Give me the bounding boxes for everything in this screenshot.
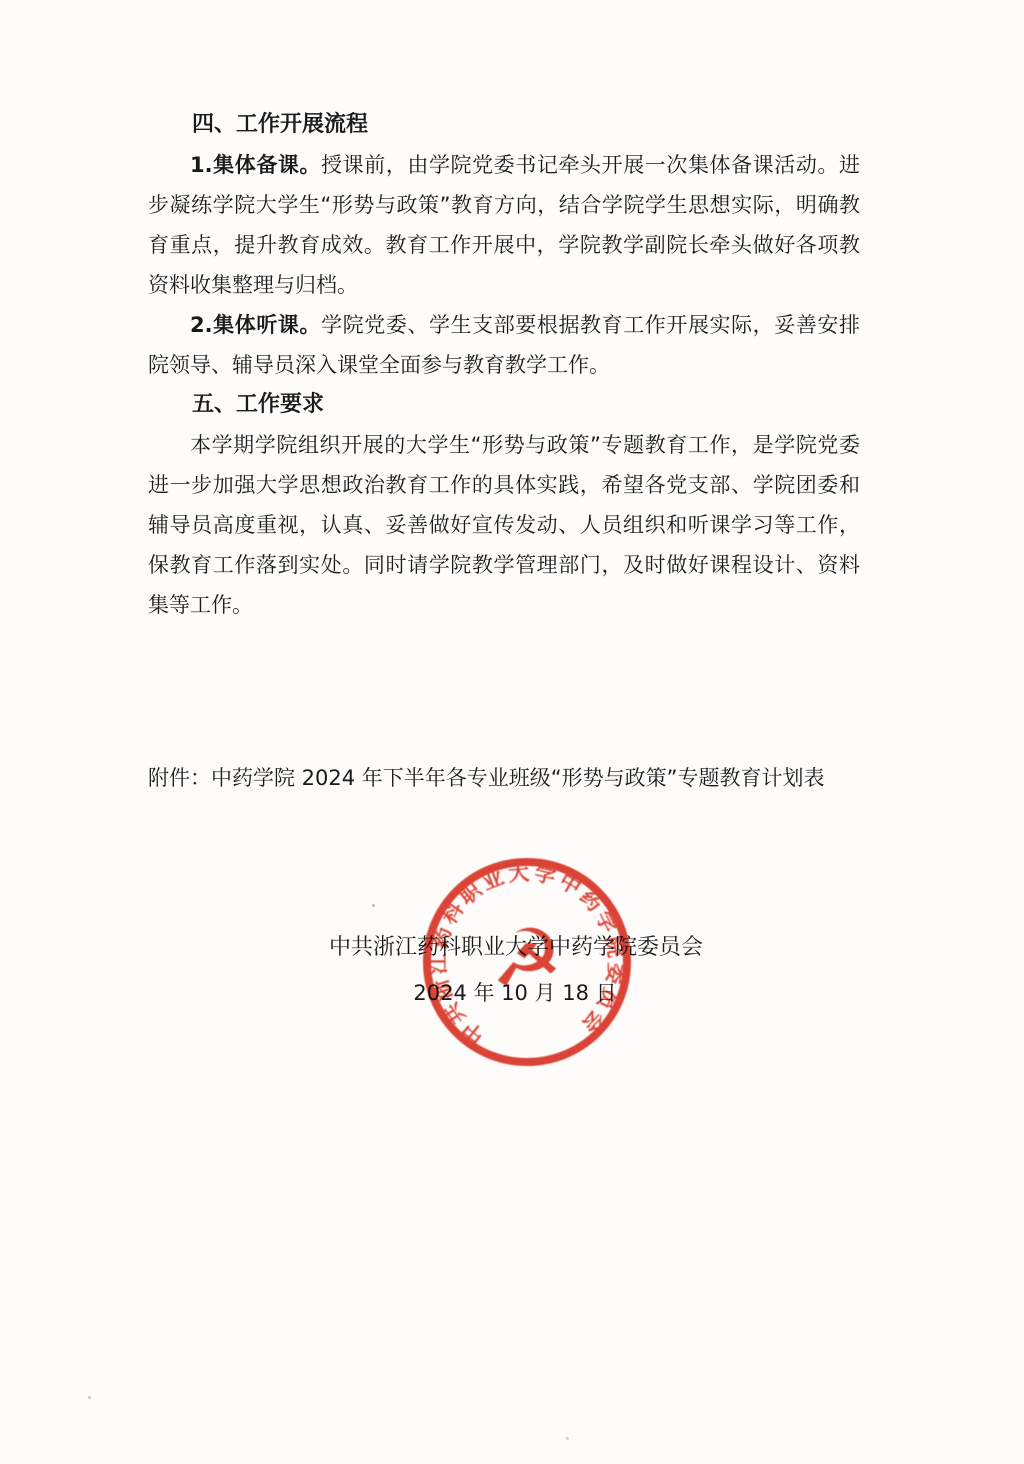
text-line: 保教育工作落到实处。同时请学院教学管理部门，及时做好课程设计、资料收 [148, 545, 860, 585]
text-line: 辅导员高度重视，认真、妥善做好宣传发动、人员组织和听课学习等工作，确 [148, 505, 860, 545]
text-line: 育重点，提升教育成效。教育工作开展中，学院教学副院长牵头做好各项教育 [148, 225, 860, 265]
document-lines: 四、工作开展流程1.集体备课。授课前，由学院党委书记牵头开展一次集体备课活动。进… [148, 105, 860, 625]
text-line: 步凝练学院大学生“形势与政策”教育方向，结合学院学生思想实际，明确教 [148, 185, 860, 225]
scan-speck [372, 904, 375, 907]
scan-speck [566, 1437, 569, 1440]
text-line: 本学期学院组织开展的大学生“形势与政策”专题教育工作，是学院党委 [148, 425, 860, 465]
text-line: 1.集体备课。授课前，由学院党委书记牵头开展一次集体备课活动。进一 [148, 145, 860, 185]
attachment-line: 附件：中药学院 2024 年下半年各专业班级“形势与政策”专题教育计划表 [148, 762, 908, 794]
text-line: 集等工作。 [148, 585, 860, 625]
official-seal: 中共浙江药科职业大学中药学院委员会 ☭ [417, 852, 637, 1072]
document-page: 四、工作开展流程1.集体备课。授课前，由学院党委书记牵头开展一次集体备课活动。进… [0, 0, 1024, 1464]
scan-speck [88, 1396, 91, 1399]
text-line: 进一步加强大学思想政治教育工作的具体实践，希望各党支部、学院团委和各 [148, 465, 860, 505]
paragraph-lead: 1.集体备课。 [190, 153, 321, 177]
hammer-sickle-icon: ☭ [491, 912, 563, 1005]
section-heading: 五、工作要求 [148, 385, 860, 425]
paragraph-lead: 2.集体听课。 [190, 313, 321, 337]
text-line: 2.集体听课。学院党委、学生支部要根据教育工作开展实际，妥善安排学 [148, 305, 860, 345]
text-line: 院领导、辅导员深入课堂全面参与教育教学工作。 [148, 345, 860, 385]
section-heading: 四、工作开展流程 [148, 105, 860, 145]
text-line: 资料收集整理与归档。 [148, 265, 860, 305]
